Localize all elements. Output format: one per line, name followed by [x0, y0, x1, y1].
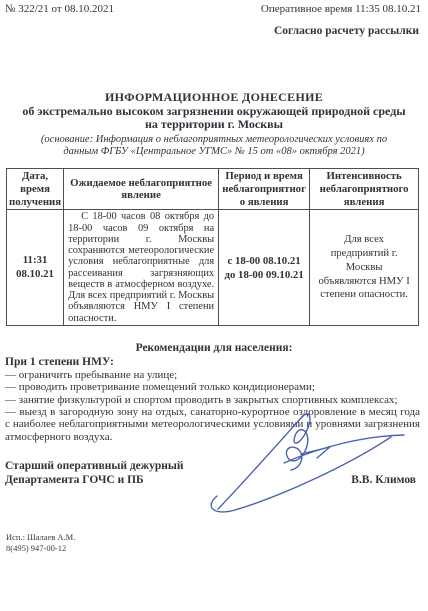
document-page: № 322/21 от 08.10.2021 Оперативное время… — [0, 0, 428, 611]
title-line-2: об экстремально высоком загрязнении окру… — [0, 105, 428, 118]
executor-phone: 8(495) 947-00-12 — [6, 543, 75, 554]
list-item: — проводить проветривание помещений толь… — [5, 381, 420, 393]
signature-block: Старший оперативный дежурный Департамент… — [0, 459, 428, 487]
header-cell-expected: Ожидаемое неблагоприятное явление — [64, 169, 219, 210]
recommendations-heading: Рекомендации для населения: — [0, 342, 428, 354]
executor-footer: Исп.: Шалаев А.М. 8(495) 947-00-12 — [6, 532, 75, 555]
cell-period: с 18-00 08.10.21 до 18-00 09.10.21 — [219, 210, 310, 325]
operative-time: Оперативное время 11:35 08.10.21 — [261, 3, 421, 16]
list-item: — выезд в загородную зону на отдых, сана… — [5, 406, 420, 443]
signer-position-line-2: Департамента ГОЧС и ПБ — [5, 473, 183, 487]
table-row: 11:31 08.10.21 С 18-00 часов 08 октября … — [7, 210, 419, 325]
distribution-note: Согласно расчету рассылки — [0, 25, 428, 37]
cell-intensity: Для всех предприятий г. Москвы объявляют… — [310, 210, 419, 325]
header-cell-period: Период и время неблагоприятног о явления — [219, 169, 310, 210]
recommendations-list: — ограничить пребывание на улице; — пров… — [0, 368, 428, 444]
executor-name: Исп.: Шалаев А.М. — [6, 532, 75, 543]
list-item: — занятие физкультурой и спортом проводи… — [5, 394, 420, 406]
doc-number: № 322/21 от 08.10.2021 — [5, 3, 114, 16]
document-header: № 322/21 от 08.10.2021 Оперативное время… — [0, 0, 428, 16]
title-line-3: на территории г. Москвы — [0, 118, 428, 131]
basis-note: (основание: Информация о неблагоприятных… — [30, 134, 398, 159]
signer-name: В.В. Климов — [351, 474, 416, 486]
signer-position: Старший оперативный дежурный Департамент… — [5, 459, 183, 487]
title-line-1: ИНФОРМАЦИОННОЕ ДОНЕСЕНИЕ — [0, 91, 428, 104]
header-cell-intensity: Интенсивность неблагоприятного явления — [310, 169, 419, 210]
cell-expected-event: С 18-00 часов 08 октября до 18-00 часов … — [64, 210, 219, 325]
forecast-table: Дата, время получения Ожидаемое неблагоп… — [6, 168, 419, 326]
signer-position-line-1: Старший оперативный дежурный — [5, 459, 183, 473]
title-block: ИНФОРМАЦИОННОЕ ДОНЕСЕНИЕ об экстремально… — [0, 91, 428, 158]
table-header-row: Дата, время получения Ожидаемое неблагоп… — [7, 169, 419, 210]
recommendations-subheading: При 1 степени НМУ: — [0, 356, 428, 368]
list-item: — ограничить пребывание на улице; — [5, 369, 420, 381]
cell-date-received: 11:31 08.10.21 — [7, 210, 64, 325]
header-cell-date: Дата, время получения — [7, 169, 64, 210]
